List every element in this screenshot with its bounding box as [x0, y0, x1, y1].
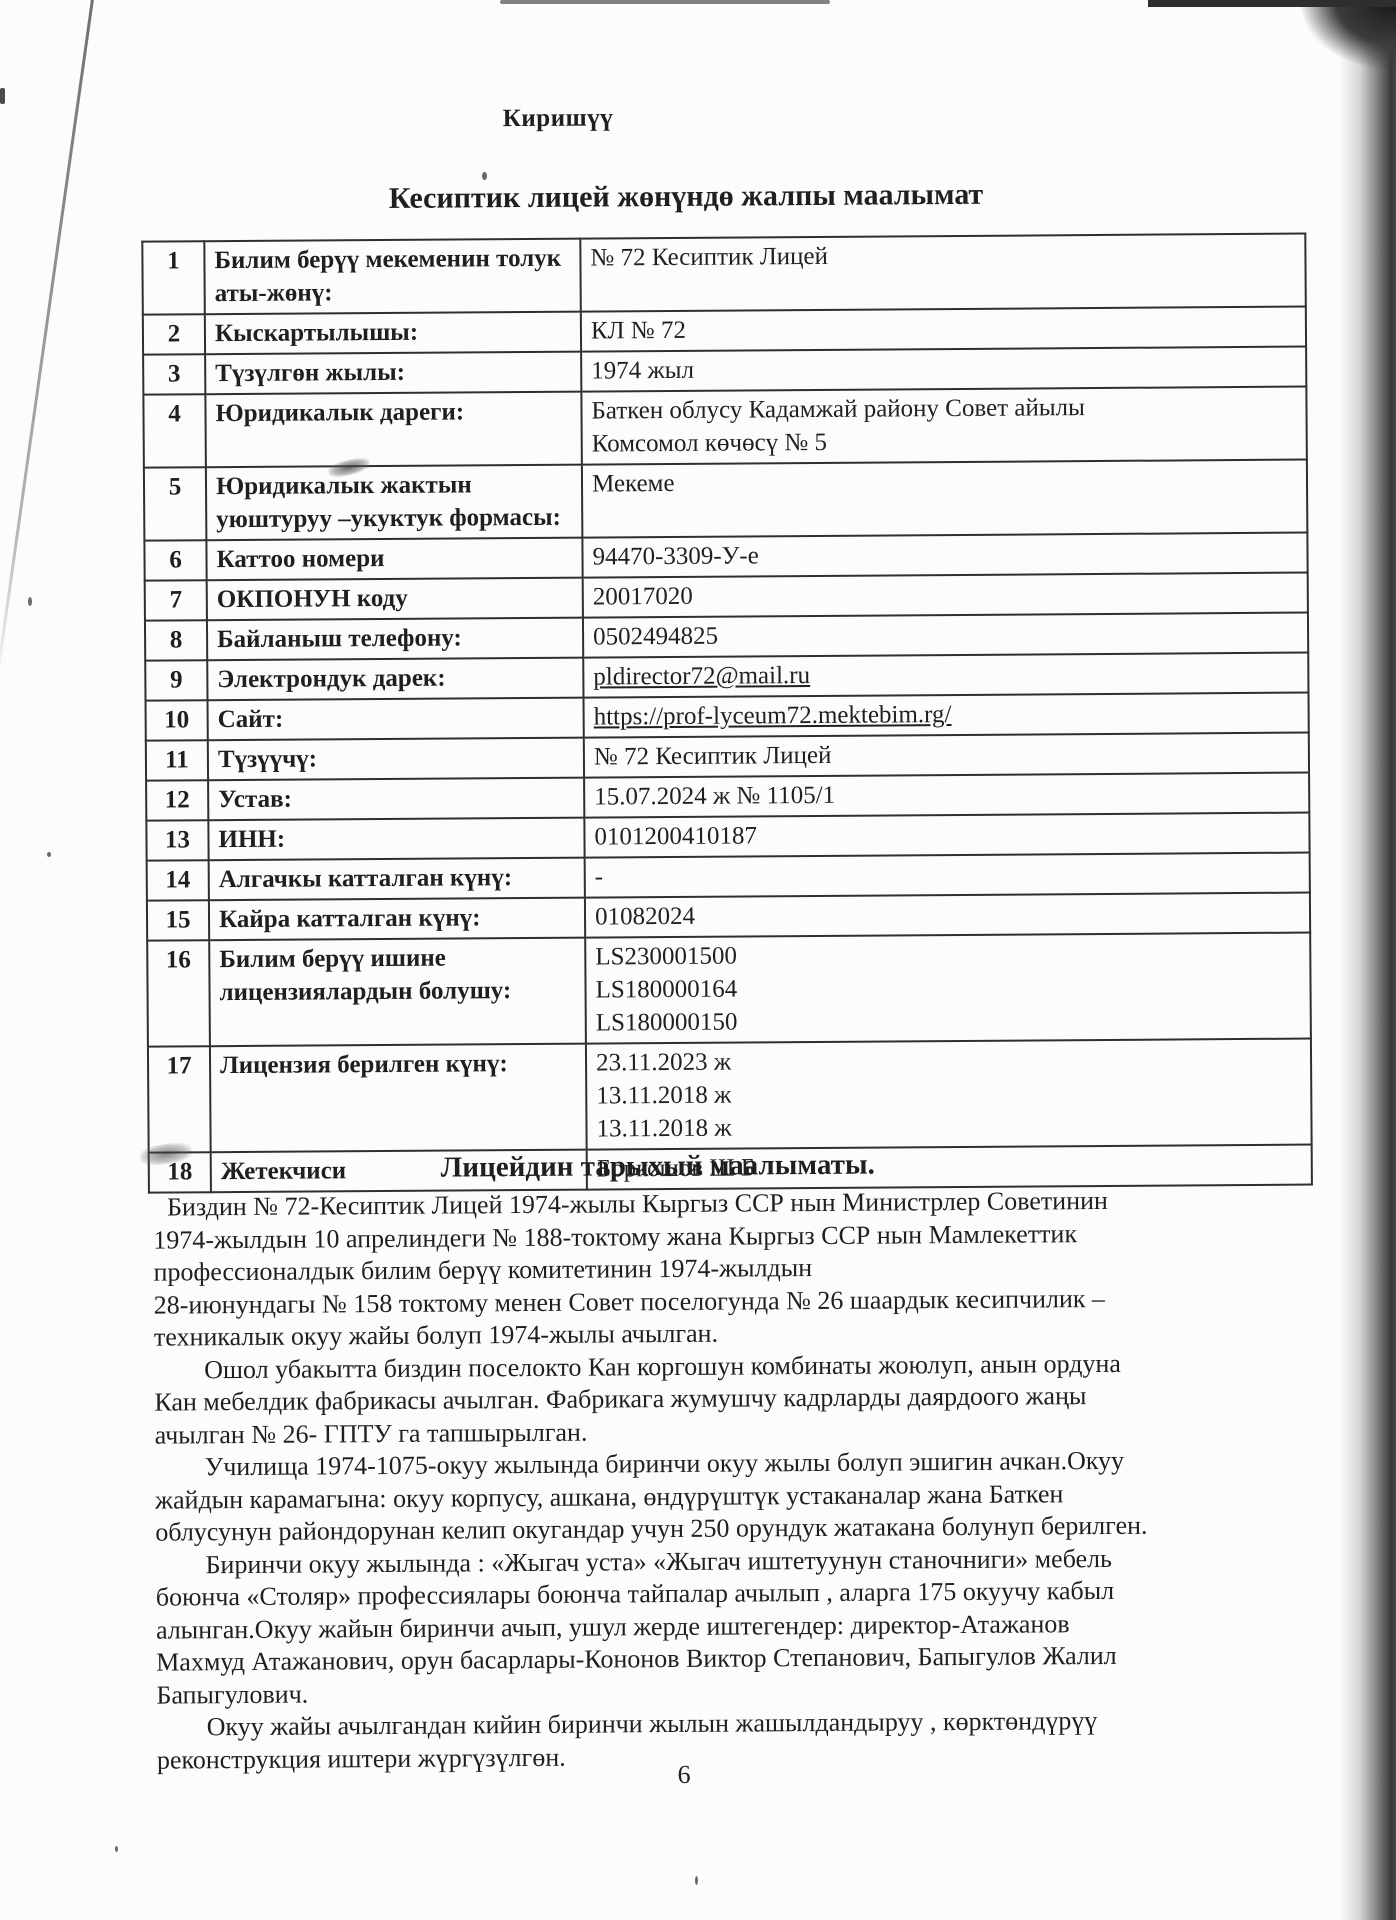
row-value: 0101200410187	[584, 813, 1309, 858]
row-value: 1974 жыл	[581, 347, 1306, 392]
row-number: 16	[147, 940, 210, 1046]
row-number: 11	[146, 740, 208, 780]
scan-edge-mark	[1148, 0, 1396, 7]
row-number: 12	[146, 780, 208, 820]
scan-edge-mark	[500, 0, 830, 4]
row-number: 13	[146, 820, 208, 860]
row-label: Билим берүү мекеменин толук аты-жөнү:	[204, 239, 581, 315]
row-label: Кайра катталган күнү:	[209, 898, 585, 941]
row-number: 14	[147, 860, 209, 900]
row-label: Электрондук дарек:	[207, 658, 583, 701]
row-label: ОКПОНУН коду	[207, 578, 583, 621]
row-label: Лицензия берилген күнү:	[210, 1044, 587, 1153]
scan-speck	[115, 1846, 118, 1852]
intro-title: Киришүү	[0, 101, 1121, 137]
row-value: 0502494825	[583, 613, 1308, 658]
row-number: 6	[144, 540, 206, 580]
scanned-page: Киришүү Кесиптик лицей жөнүндө жалпы маа…	[0, 0, 1396, 1920]
row-number: 3	[143, 354, 205, 394]
table-row: 16 Билим берүү ишине лицензиялардын болу…	[147, 933, 1311, 1047]
scan-speck	[482, 172, 487, 180]
row-label: Түзүүчү:	[208, 738, 584, 781]
row-number: 1	[142, 241, 205, 314]
row-label: Устав:	[208, 778, 584, 821]
scan-speck	[28, 597, 32, 606]
row-value: № 72 Кесиптик Лицей	[580, 234, 1305, 312]
table-row: 1 Билим берүү мекеменин толук аты-жөнү: …	[142, 234, 1305, 315]
paragraph: Ошол убакытта биздин поселокто Кан корго…	[154, 1346, 1330, 1452]
row-value-email: pldirector72@mail.ru	[583, 653, 1308, 698]
info-table: 1 Билим берүү мекеменин толук аты-жөнү: …	[141, 233, 1313, 1194]
row-value: КЛ № 72	[581, 307, 1306, 352]
row-number: 2	[143, 314, 205, 354]
scan-speck	[47, 852, 51, 857]
row-label: Юридикалык жактын уюштуруу –укуктук форм…	[206, 465, 583, 541]
history-title: Лицейдин тарыхый маалыматы.	[153, 1147, 1163, 1187]
paragraph: Биздин № 72-Кесиптик Лицей 1974-жылы Кыр…	[153, 1183, 1329, 1354]
row-value: 15.07.2024 ж № 1105/1	[584, 773, 1309, 818]
paragraph: Училища 1974-1075-окуу жылында биринчи о…	[155, 1443, 1331, 1549]
page-number: 6	[157, 1756, 1211, 1793]
row-number: 5	[144, 467, 207, 540]
row-value: Мекеме	[582, 460, 1307, 538]
scan-speck	[695, 1876, 698, 1885]
row-number: 7	[145, 580, 207, 620]
row-value: 23.11.2023 ж 13.11.2018 ж 13.11.2018 ж	[586, 1039, 1312, 1150]
row-label: Юридикалык дареги:	[205, 392, 582, 468]
section-title: Кесиптик лицей жөнүндө жалпы маалымат	[0, 175, 1376, 219]
row-number: 4	[143, 394, 206, 467]
row-value: 20017020	[583, 573, 1308, 618]
paragraph: Биринчи окуу жылында : «Жыгач уста» «Жыг…	[155, 1541, 1331, 1712]
scan-edge-shadow	[1340, 0, 1396, 1920]
table-row: 5 Юридикалык жактын уюштуруу –укуктук фо…	[144, 460, 1307, 541]
table-row: 17 Лицензия берилген күнү: 23.11.2023 ж …	[148, 1039, 1312, 1153]
row-value: 01082024	[585, 893, 1310, 938]
row-number: 8	[145, 620, 207, 660]
row-label: Билим берүү ишине лицензиялардын болушу:	[209, 938, 586, 1047]
row-label: Кыскартылышы:	[205, 312, 581, 355]
row-number: 9	[145, 660, 207, 700]
history-text: Биздин № 72-Кесиптик Лицей 1974-жылы Кыр…	[153, 1183, 1332, 1776]
row-label: Байланыш телефону:	[207, 618, 583, 661]
table-row: 4 Юридикалык дареги: Баткен облусу Кадам…	[143, 387, 1306, 468]
row-value-website: https://prof-lyceum72.mektebim.rg/	[584, 693, 1309, 738]
row-value: LS230001500 LS180000164 LS180000150	[585, 933, 1311, 1044]
scan-corner-shadow	[1301, 0, 1396, 70]
scan-edge-mark	[0, 88, 5, 104]
row-label: Түзүлгөн жылы:	[205, 352, 581, 395]
row-value: 94470-3309-У-е	[582, 533, 1307, 578]
row-number: 10	[146, 700, 208, 740]
row-number: 17	[148, 1046, 211, 1152]
document-content: Киришүү Кесиптик лицей жөнүндө жалпы маа…	[0, 0, 1396, 1920]
row-label: Алгачкы катталган күнү:	[209, 858, 585, 901]
row-number: 15	[147, 900, 209, 940]
row-value: № 72 Кесиптик Лицей	[584, 733, 1309, 778]
row-value: Баткен облусу Кадамжай району Совет айыл…	[581, 387, 1306, 465]
row-label: Сайт:	[208, 698, 584, 741]
row-value: -	[585, 853, 1310, 898]
row-label: Каттоо номери	[206, 538, 582, 581]
row-label: ИНН:	[208, 818, 584, 861]
